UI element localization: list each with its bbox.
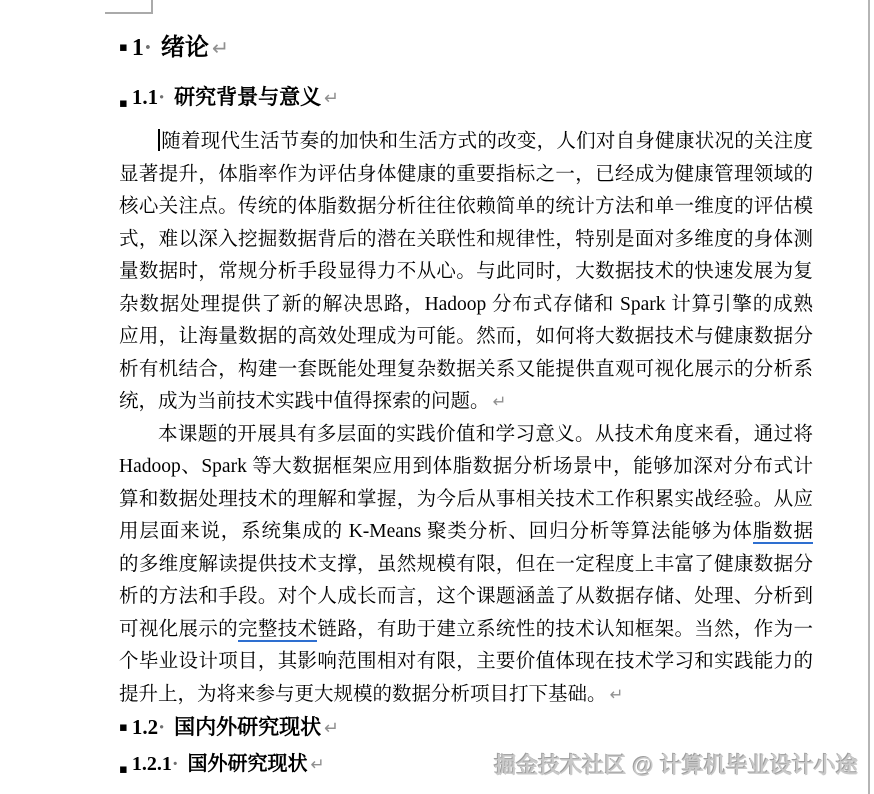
paragraph-mark-icon: ↵ [493,392,507,411]
line-text: 本课题的开展具有多层面的实践价值和学习意义。从技术角度来看，通过将 [158,424,813,445]
body-text-line[interactable]: 析的方法和手段。对个人成长而言，这个课题涵盖了从数据存储、处理、分析到 [119,581,813,614]
body-text-line[interactable]: 随着现代生活节奏的加快和生活方式的改变，人们对自身健康状况的关注度 [119,126,813,159]
heading-bullet-icon: ▪ [119,91,128,117]
line-text: 显著提升，体脂率作为评估身体健康的重要指标之一，已经成为健康管理领域的 [119,164,813,185]
paragraph-mark-icon: ↵ [212,36,229,60]
body-text-line[interactable]: 式，难以深入挖掘数据背后的潜在关联性和规律性，特别是面对多维度的身体测 [119,224,813,257]
body-text[interactable]: 随着现代生活节奏的加快和生活方式的改变，人们对自身健康状况的关注度 显著提升，体… [119,126,813,711]
heading-title: 国内外研究现状 [174,716,321,739]
line-text: 算和数据处理技术的理解和掌握，为今后从事相关技术工作积累实战经验。从应 [119,489,813,510]
line-text: 个毕业设计项目，其影响范围相对有限，主要价值体现在技术学习和实践能力的 [119,651,813,672]
body-text-line[interactable]: 个毕业设计项目，其影响范围相对有限，主要价值体现在技术学习和实践能力的 [119,646,813,679]
text-cursor [158,129,160,151]
line-text: 核心关注点。传统的体脂数据分析往往依赖简单的统计方法和单一维度的评估模 [119,196,813,217]
document-page[interactable]: ▪1·绪论↵ ▪1.1·研究背景与意义↵ 随着现代生活节奏的加快和生活方式的改变… [0,0,874,794]
line-text: 量数据时，常规分析手段显得力不从心。与此同时，大数据技术的快速发展为复 [119,261,813,282]
heading-number: 1 [132,35,144,61]
line-text: 析的方法和手段。对个人成长而言，这个课题涵盖了从数据存储、处理、分析到 [119,586,813,607]
space-mark: · [172,753,179,775]
body-text-line[interactable]: 析有机结合，构建一套既能处理复杂数据关系又能提供直观可视化展示的分析系 [119,354,813,387]
heading-bullet-icon: ▪ [119,757,128,783]
space-mark: · [158,85,165,109]
heading-title: 绪论 [161,34,209,61]
body-text-line[interactable]: 本课题的开展具有多层面的实践价值和学习意义。从技术角度来看，通过将 [119,419,813,452]
heading-number: 1.2 [132,715,158,739]
body-text-line[interactable]: 提升上，为将来参与更大规模的数据分析项目打下基础。↵ [119,679,813,712]
line-text: 可视化展示的 [119,619,238,640]
spellcheck-underlined-text: 脂数据 [753,521,813,544]
watermark: 掘金技术社区 @ 计算机毕业设计小途 [494,749,858,780]
body-text-line[interactable]: 用层面来说，系统集成的 K-Means 聚类分析、回归分析等算法能够为体脂数据 [119,516,813,549]
heading-chapter-1[interactable]: ▪1·绪论↵ [119,33,813,67]
text-boundary-mark [151,0,153,14]
paragraph-mark-icon: ↵ [324,718,339,739]
line-text: 杂数据处理提供了新的解决思路，Hadoop 分布式存储和 Spark 计算引擎的… [119,294,813,315]
body-text-line[interactable]: 量数据时，常规分析手段显得力不从心。与此同时，大数据技术的快速发展为复 [119,256,813,289]
text-boundary-mark [105,12,153,14]
line-text: 链路，有助于建立系统性的技术认知框架。当然，作为一 [317,619,813,640]
heading-title: 国外研究现状 [187,753,307,775]
paragraph-mark-icon: ↵ [310,755,324,775]
line-text: 应用，让海量数据的高效处理成为可能。然而，如何将大数据技术与健康数据分 [119,326,813,347]
body-text-line[interactable]: 杂数据处理提供了新的解决思路，Hadoop 分布式存储和 Spark 计算引擎的… [119,289,813,322]
line-text: Hadoop、Spark 等大数据框架应用到体脂数据分析场景中，能够加深对分布式… [119,456,813,477]
line-text: 统，成为当前技术实践中值得探索的问题。 [119,391,490,412]
line-text: 用层面来说，系统集成的 K-Means 聚类分析、回归分析等算法能够为体 [119,521,753,542]
line-text: 随着现代生活节奏的加快和生活方式的改变，人们对自身健康状况的关注度 [161,131,813,152]
heading-section-1-1[interactable]: ▪1.1·研究背景与意义↵ [119,84,813,114]
line-text: 析有机结合，构建一套既能处理复杂数据关系又能提供直观可视化展示的分析系 [119,359,813,380]
space-mark: · [158,715,165,739]
page-edge [868,0,870,794]
heading-title: 研究背景与意义 [174,86,321,109]
heading-bullet-icon: ▪ [119,33,128,63]
heading-number: 1.2.1 [132,753,172,775]
heading-bullet-icon: ▪ [119,715,128,741]
line-text: 式，难以深入挖掘数据背后的潜在关联性和规律性，特别是面对多维度的身体测 [119,229,813,250]
paragraph-mark-icon: ↵ [324,88,339,109]
paragraph-mark-icon: ↵ [610,685,624,704]
body-text-line[interactable]: 的多维度解读提供技术支撑，虽然规模有限，但在一定程度上丰富了健康数据分 [119,549,813,582]
body-text-line[interactable]: 统，成为当前技术实践中值得探索的问题。↵ [119,386,813,419]
body-text-line[interactable]: 可视化展示的完整技术链路，有助于建立系统性的技术认知框架。当然，作为一 [119,614,813,647]
heading-section-1-2[interactable]: ▪1.2·国内外研究现状↵ [119,714,813,744]
line-text: 的多维度解读提供技术支撑，虽然规模有限，但在一定程度上丰富了健康数据分 [119,554,813,575]
spellcheck-underlined-text: 完整技术 [238,619,317,642]
body-text-line[interactable]: 显著提升，体脂率作为评估身体健康的重要指标之一，已经成为健康管理领域的 [119,159,813,192]
heading-number: 1.1 [132,85,158,109]
line-text: 提升上，为将来参与更大规模的数据分析项目打下基础。 [119,684,607,705]
body-text-line[interactable]: 核心关注点。传统的体脂数据分析往往依赖简单的统计方法和单一维度的评估模 [119,191,813,224]
body-text-line[interactable]: 算和数据处理技术的理解和掌握，为今后从事相关技术工作积累实战经验。从应 [119,484,813,517]
body-text-line[interactable]: Hadoop、Spark 等大数据框架应用到体脂数据分析场景中，能够加深对分布式… [119,451,813,484]
space-mark: · [144,35,152,61]
body-text-line[interactable]: 应用，让海量数据的高效处理成为可能。然而，如何将大数据技术与健康数据分 [119,321,813,354]
